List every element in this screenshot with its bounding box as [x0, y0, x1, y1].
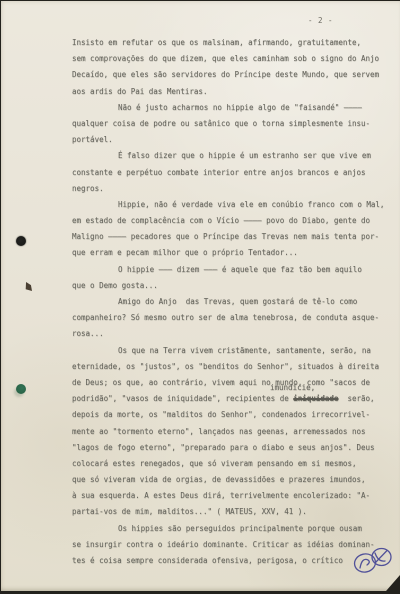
interlined-insertion: imundície,	[270, 383, 315, 392]
text-line: Decaído, que eles são servidores do Prín…	[72, 67, 384, 83]
text-line: que só viveram vida de orgias, de devass…	[72, 472, 384, 488]
text-line: em estado de complacência com o Vício ——…	[72, 213, 384, 229]
text-line: O hippie ——— dizem ——— é aquele que faz …	[72, 262, 384, 278]
ink-speck	[25, 282, 32, 291]
text-line: que o Demo gosta...	[72, 278, 384, 294]
text-line: Insisto em refutar os que os malsinam, a…	[72, 35, 384, 51]
punch-hole-green	[16, 384, 26, 394]
text-line: partai-vos de mim, malditos..." ( MATEUS…	[72, 504, 384, 520]
text-line: É falso dizer que o hippie é um estranho…	[72, 148, 384, 164]
text-line: qualquer coisa de podre ou satânico que …	[72, 116, 384, 132]
text-line: aos ardis do Pai das Mentiras.	[72, 84, 384, 100]
document-page: - 2 - Insisto em refutar os que os malsi…	[1, 1, 400, 591]
text-line: mente ao "tormento eterno", lançados nas…	[72, 424, 384, 440]
text-line: Hippie, não é verdade viva ele em conúbi…	[72, 197, 384, 213]
text-line: constante e perpétuo combate interior en…	[72, 165, 384, 181]
text-line: Os que na Terra vivem cristãmente, santa…	[72, 343, 384, 359]
text-line: podridão", "vasos de iniquidade", recipi…	[72, 391, 384, 407]
text-line: Não é justo acharmos no hippie algo de "…	[72, 100, 384, 116]
text-line: tes é coisa sempre considerada ofensiva,…	[72, 553, 384, 569]
punch-hole-black	[16, 236, 26, 246]
text-line: que erram e pecam milhor que o próprio T…	[72, 245, 384, 261]
text-line: depois da morte, os "malditos do Senhor"…	[72, 407, 384, 423]
text-line: se insurgir contra o ideário dominante. …	[72, 537, 384, 553]
text-segment: serão,	[338, 394, 374, 403]
text-line: negros.	[72, 181, 384, 197]
page-number: - 2 -	[308, 16, 333, 25]
text-line: companheiro? Só mesmo outro ser de alma …	[72, 310, 384, 326]
text-line: de Deus; os que, ao contrário, vivem aqu…	[72, 375, 384, 391]
text-line: Maligno ———— pecadores que o Príncipe da…	[72, 229, 384, 245]
text-line: "lagos de fogo eterno", "preparado para …	[72, 440, 384, 456]
text-line: portável.	[72, 132, 384, 148]
text-line: Os hippies são perseguidos principalment…	[72, 521, 384, 537]
struck-word: iniquidade	[293, 394, 338, 403]
pen-scribble	[349, 545, 397, 579]
text-line: Amigo do Anjo das Trevas, quem gostará d…	[72, 294, 384, 310]
text-line: eternidade, os "justos", os "benditos do…	[72, 359, 384, 375]
text-line: à sua esquerda. A estes Deus dirá, terri…	[72, 488, 384, 504]
text-segment: podridão", "vasos de iniquidade", recipi…	[72, 394, 293, 403]
text-line: colocará estes renegados, que só viveram…	[72, 456, 384, 472]
text-line: sem comprovações do que dizem, que eles …	[72, 51, 384, 67]
text-line: rosa...	[72, 326, 384, 342]
photo-background: { "page": { "number_label": "- 2 -" }, "…	[0, 0, 400, 594]
text-block: Insisto em refutar os que os malsinam, a…	[72, 35, 384, 569]
